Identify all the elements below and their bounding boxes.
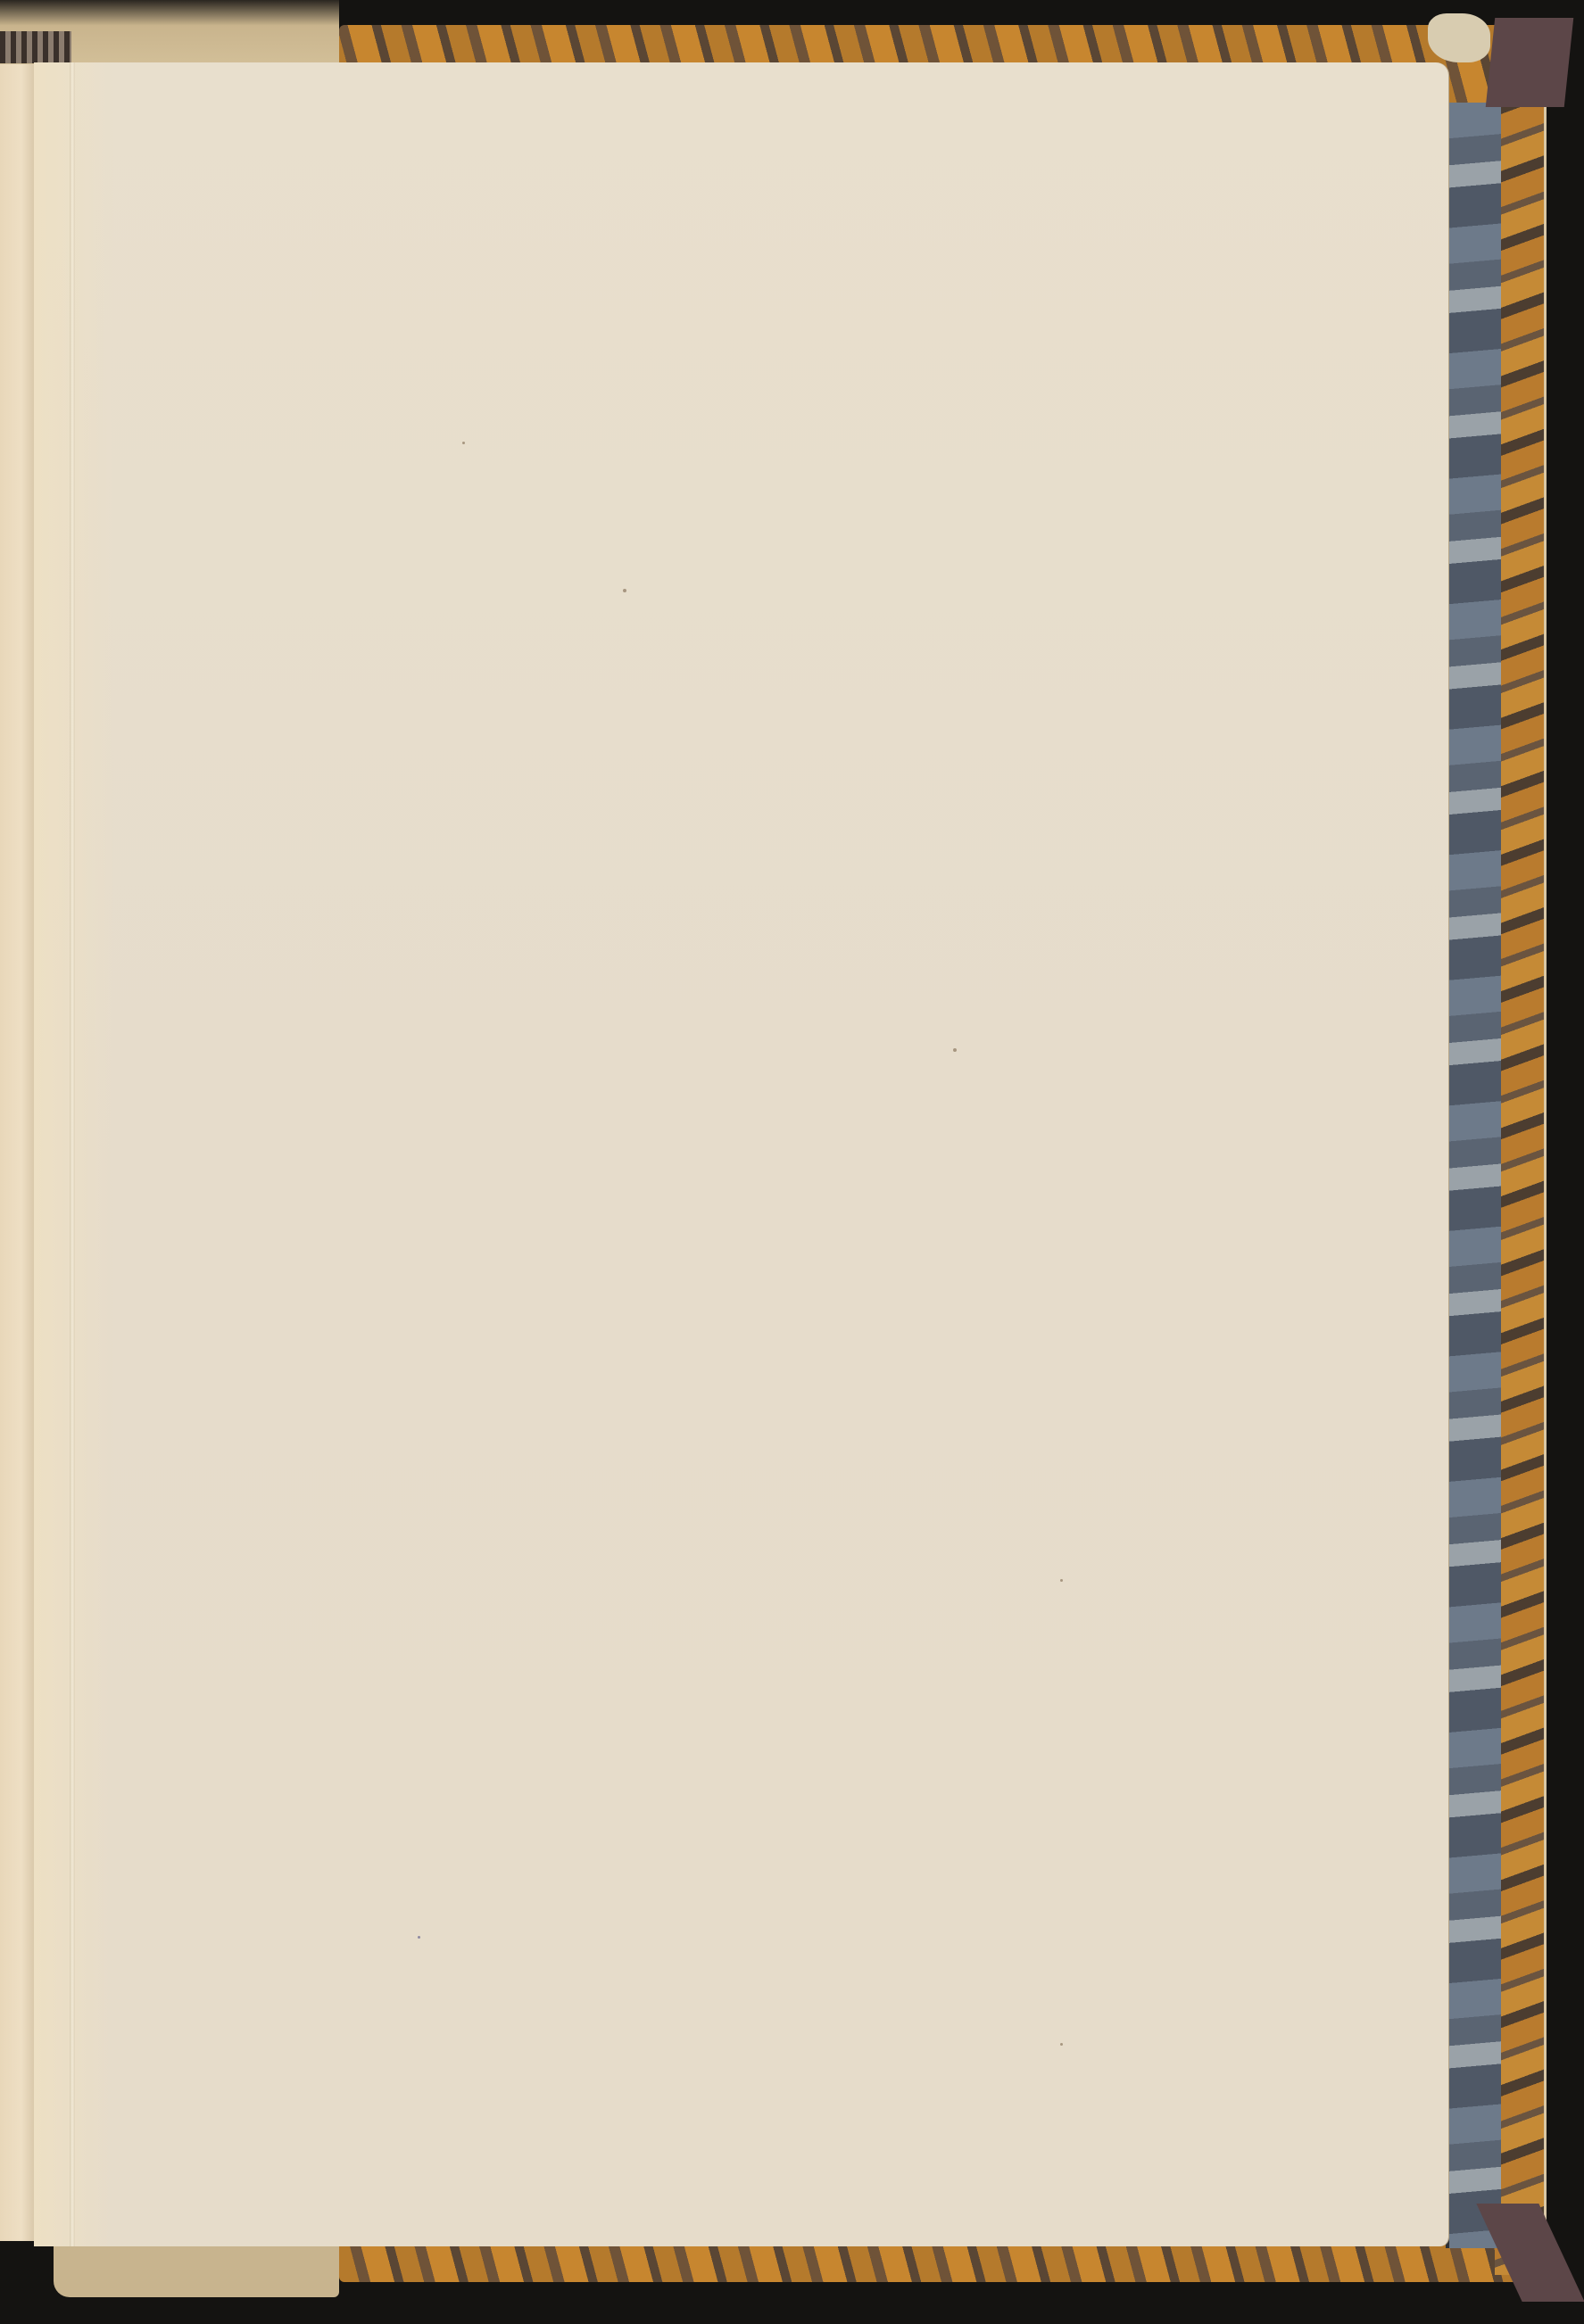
spine-bottom	[54, 2239, 339, 2297]
cloth-corner-top-right	[1486, 18, 1574, 107]
gutter-fold	[70, 62, 75, 2246]
paper-speck	[1060, 2043, 1063, 2046]
headband	[0, 31, 71, 63]
torn-corner-patch	[1428, 13, 1490, 62]
book-scan	[0, 0, 1584, 2324]
facing-page-edge	[0, 64, 37, 2241]
paper-speck	[462, 442, 465, 444]
paper-speck	[1060, 1579, 1063, 1582]
blue-marbled-pastedown	[1446, 103, 1501, 2248]
paper-speck	[953, 1048, 957, 1052]
marbled-cover-fore-edge	[1495, 80, 1547, 2275]
paper-speck	[623, 589, 626, 592]
paper-speck	[418, 1936, 420, 1939]
blank-page	[34, 62, 1448, 2246]
